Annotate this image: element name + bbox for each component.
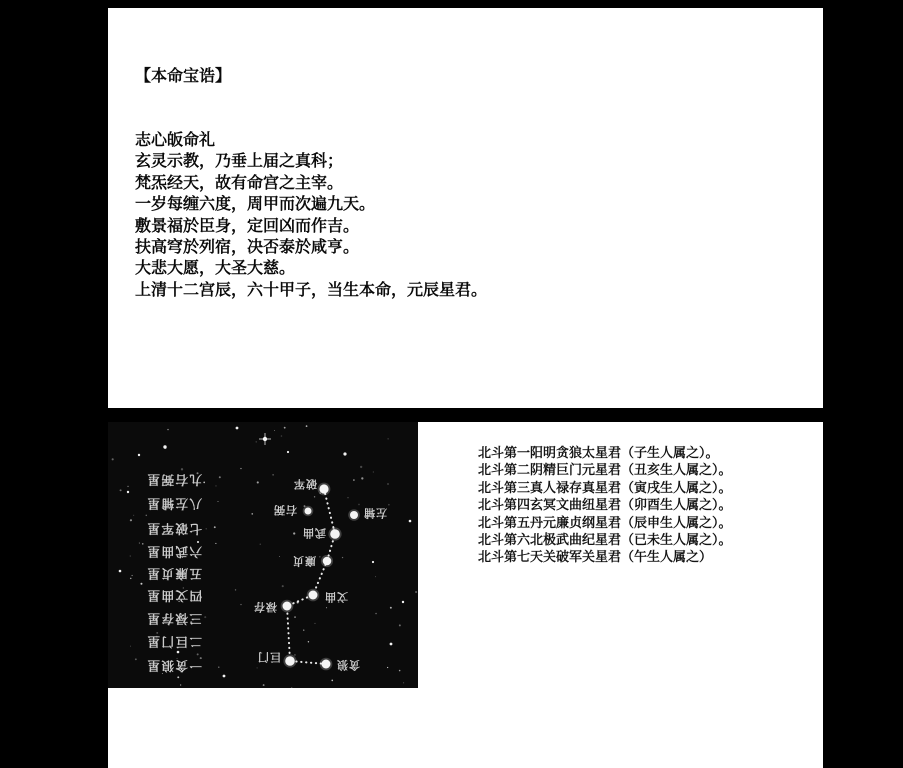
star-dot-lianzhen — [323, 557, 332, 566]
star-label-lianzhen: 廉贞 — [292, 555, 316, 566]
star-dot-lucun — [283, 602, 292, 611]
scripture-line: 大悲大愿，大圣大慈。 — [135, 258, 487, 279]
scripture-line: 上清十二宫辰，六十甲子，当生本命，元辰星君。 — [135, 280, 487, 301]
dipper-list-line: 北斗第七天关破军关星君（午生人属之） — [478, 548, 732, 565]
scripture-line: 梵炁经天，故有命宫之主宰。 — [135, 173, 487, 194]
star-label-zuofu: 左辅 — [363, 507, 387, 518]
starmap-legend-row: 五廉贞星 — [145, 567, 203, 580]
star-label-lucun: 禄存 — [253, 601, 277, 612]
content-panel: 破军右弼左辅武曲廉贞文曲禄存巨门贪狼九右弼星八左辅星七破军星六武曲星五廉贞星四文… — [108, 422, 823, 768]
scripture-line: 敷景福於臣身，定回凶而作吉。 — [135, 216, 487, 237]
scripture-text: 【本命宝诰】 志心皈命礼玄灵示教，乃垂上届之真科；梵炁经天，故有命宫之主宰。一岁… — [135, 23, 487, 344]
star-label-wuqu: 武曲 — [302, 527, 326, 538]
star-label-pojun: 破军 — [293, 478, 317, 489]
star-dot-wuqu — [330, 529, 340, 539]
scripture-title: 【本命宝诰】 — [135, 66, 487, 87]
star-label-jumen: 巨门 — [257, 651, 281, 662]
dipper-star-list: 北斗第一阳明贪狼太星君（子生人属之）。北斗第二阴精巨门元星君（丑亥生人属之）。北… — [478, 444, 732, 566]
dipper-list-line: 北斗第四玄冥文曲纽星君（卯酉生人属之）。 — [478, 496, 732, 513]
star-label-youbi: 右弼 — [273, 504, 297, 515]
starmap-legend-row: 六武曲星 — [145, 545, 203, 558]
starmap-legend-row: 一贪狼星 — [145, 659, 203, 672]
star-dot-youbi — [305, 508, 312, 515]
dipper-list-line: 北斗第一阳明贪狼太星君（子生人属之）。 — [478, 444, 732, 461]
star-dot-tanlang — [322, 660, 331, 669]
scripture-panel: 【本命宝诰】 志心皈命礼玄灵示教，乃垂上届之真科；梵炁经天，故有命宫之主宰。一岁… — [108, 8, 823, 408]
star-label-wenqu: 文曲 — [324, 591, 348, 602]
scripture-line: 玄灵示教，乃垂上届之真科； — [135, 151, 487, 172]
starmap-legend-row: 九右弼星 — [145, 473, 203, 486]
scripture-line: 志心皈命礼 — [135, 130, 487, 151]
starmap-legend-row: 二巨门星 — [145, 635, 203, 648]
dipper-list-line: 北斗第二阴精巨门元星君（丑亥生人属之）。 — [478, 461, 732, 478]
star-dot-wenqu — [309, 591, 318, 600]
starmap-legend-row: 八左辅星 — [145, 497, 203, 510]
big-dipper-starmap-image: 破军右弼左辅武曲廉贞文曲禄存巨门贪狼九右弼星八左辅星七破军星六武曲星五廉贞星四文… — [108, 422, 418, 688]
scripture-line: 一岁每缠六度，周甲而次遍九天。 — [135, 194, 487, 215]
dipper-list-line: 北斗第六北极武曲纪星君（已未生人属之）。 — [478, 531, 732, 548]
dipper-list-line: 北斗第三真人禄存真星君（寅戌生人属之）。 — [478, 479, 732, 496]
dipper-list-line: 北斗第五丹元廉贞纲星君（辰申生人属之）。 — [478, 514, 732, 531]
star-dot-zuofu — [350, 511, 358, 519]
starmap-legend-row: 三禄存星 — [145, 612, 203, 625]
scripture-line: 扶高穹於列宿，决否泰於咸亨。 — [135, 237, 487, 258]
starmap-legend-row: 四文曲星 — [145, 589, 203, 602]
starmap-legend-row: 七破军星 — [145, 522, 203, 535]
star-label-tanlang: 贪狼 — [336, 659, 360, 670]
star-dot-jumen — [285, 656, 295, 666]
star-dot-pojun — [319, 484, 328, 493]
scripture-lines: 志心皈命礼玄灵示教，乃垂上届之真科；梵炁经天，故有命宫之主宰。一岁每缠六度，周甲… — [135, 130, 487, 301]
